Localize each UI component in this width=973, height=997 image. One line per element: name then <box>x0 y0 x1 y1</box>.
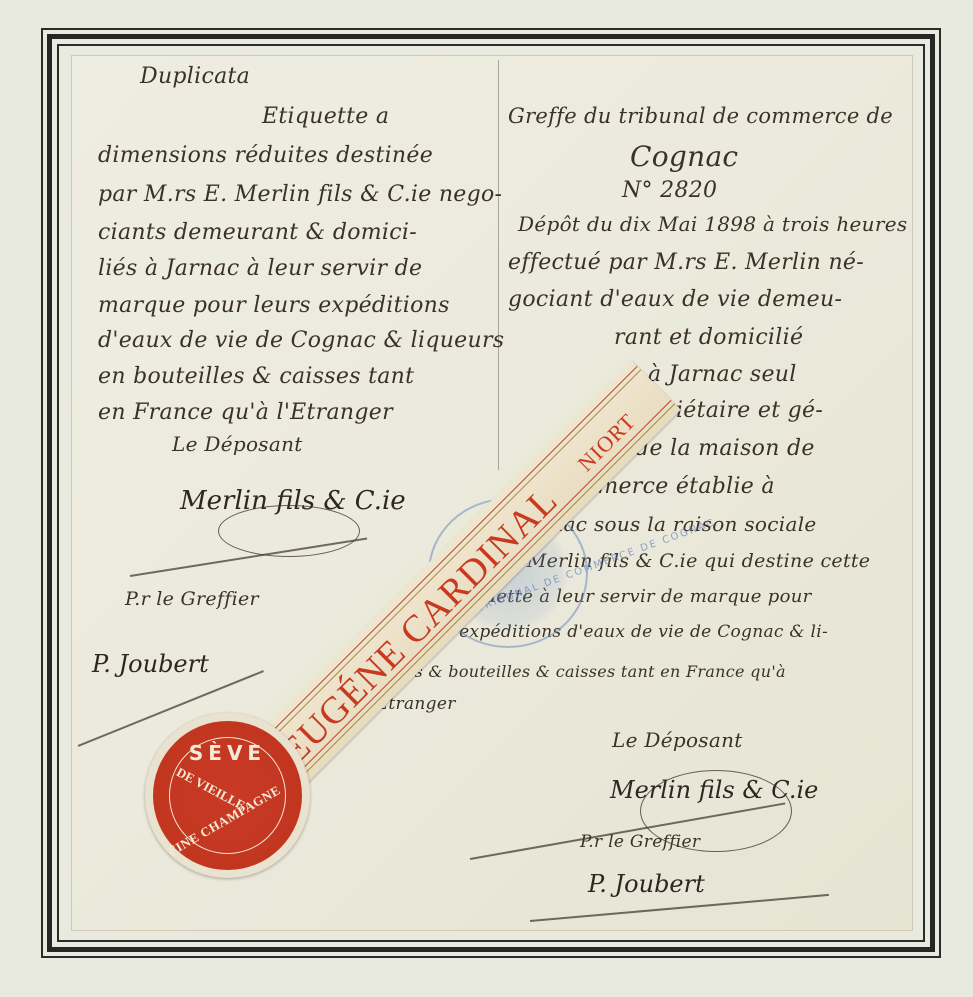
left-line: en France qu'à l'Etranger <box>98 400 393 425</box>
column-divider <box>498 60 499 470</box>
seal-red-disc: SÈVE DE VIEILLE FINE CHAMPAGNE <box>153 721 302 870</box>
right-line: effectué par M.rs E. Merlin né- <box>508 250 864 275</box>
left-line: d'eaux de vie de Cognac & liqueurs <box>98 328 504 353</box>
right-depositor-label: Le Déposant <box>612 728 743 752</box>
left-line: en bouteilles & caisses tant <box>98 364 414 389</box>
left-line: dimensions réduites destinée <box>98 143 433 168</box>
left-clerk-signature: P. Joubert <box>92 650 209 678</box>
red-seal-label: SÈVE DE VIEILLE FINE CHAMPAGNE <box>145 713 310 878</box>
right-clerk-signature: P. Joubert <box>588 870 705 898</box>
left-depositor-label: Le Déposant <box>172 432 303 456</box>
seal-top-text: SÈVE <box>153 741 302 765</box>
right-clerk-label: P.r le Greffier <box>580 832 700 852</box>
right-line: à Jarnac seul <box>648 362 797 387</box>
right-line: queurs & bouteilles & caisses tant en Fr… <box>365 662 786 681</box>
right-line: gociant d'eaux de vie demeu- <box>508 287 842 312</box>
right-line: rant et domicilié <box>614 325 803 350</box>
left-line: ciants demeurant & domici- <box>98 220 417 245</box>
left-line: liés à Jarnac à leur servir de <box>98 256 422 281</box>
left-clerk-label: P.r le Greffier <box>125 588 259 610</box>
left-line: par M.rs E. Merlin fils & C.ie nego- <box>98 182 502 207</box>
registry-heading: Greffe du tribunal de commerce de <box>508 104 893 128</box>
registry-number: N° 2820 <box>622 178 717 203</box>
right-line: Dépôt du dix Mai 1898 à trois heures <box>518 212 907 236</box>
registry-city: Cognac <box>630 140 738 173</box>
duplicate-heading: Duplicata <box>140 64 250 89</box>
left-line: marque pour leurs expéditions <box>98 293 450 318</box>
left-line: Etiquette a <box>262 104 389 129</box>
